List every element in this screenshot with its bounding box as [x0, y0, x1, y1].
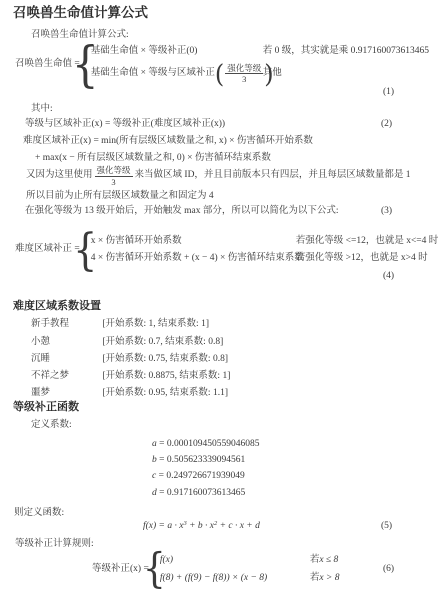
fraction-denominator: 3	[225, 73, 263, 84]
equation-2: 等级与区域补正(x) = 等级补正(难度区域补正(x))	[25, 119, 225, 130]
difficulty-name: 沉睡	[31, 354, 100, 365]
eq1-case1-expr: 基础生命值 × 等级补正(0)	[91, 46, 263, 57]
eq6-case-2: f(8) + (f(9) − f(8)) × (x − 8) 若 x > 8	[160, 570, 340, 588]
equation-5: f(x) = a · x3 + b · x2 + c · x + d	[143, 521, 260, 532]
rule-label: 等级补正计算规则:	[15, 539, 94, 550]
eq6-case1-cond-expr: x ≤ 8	[319, 555, 338, 566]
eq4-case1-condition: 若强化等级 <=12，也就是 x<=4 时	[296, 236, 439, 247]
because-suffix: 来当做区域 ID，并且目前版本只有四层，并且每层区域数量都是 1	[135, 170, 411, 181]
coefficient-c: c = 0.249726671939049	[152, 471, 245, 482]
difficulty-value: [开始系数: 0.8875, 结束系数: 1]	[102, 371, 230, 381]
inline-fraction-numerator: 强化等级	[95, 165, 133, 175]
eq6-case1-cond-prefix: 若	[310, 555, 320, 566]
difficulty-max-line: + max(x − 所有层级区域数量之和, 0) × 伤害循环结束系数	[35, 153, 271, 164]
eq6-cases: f(x) 若 x ≤ 8 f(8) + (f(9) − f(8)) × (x −…	[160, 552, 340, 588]
eq6-case-1: f(x) 若 x ≤ 8	[160, 552, 340, 570]
coefficient-a: a = 0.000109450559046085	[152, 439, 259, 450]
difficulty-name: 噩梦	[31, 388, 100, 399]
difficulty-name: 不祥之梦	[31, 371, 100, 382]
difficulty-row: 小憩 [开始系数: 0.7, 结束系数: 0.8]	[31, 337, 223, 348]
eq1-case-1: 基础生命值 × 等级补正(0) 若 0 级，其实就是乘 0.9171600736…	[91, 43, 429, 60]
eq5-part3: + c · x + d	[217, 521, 260, 531]
page-title: 召唤兽生命值计算公式	[13, 5, 148, 21]
eq1-number: (1)	[383, 87, 394, 98]
difficulty-value: [开始系数: 0.95, 结束系数: 1.1]	[102, 388, 228, 398]
difficulty-name: 新手教程	[31, 319, 100, 330]
difficulty-row: 新手教程 [开始系数: 1, 结束系数: 1]	[31, 319, 209, 330]
because-line: 又因为这里使用 强化等级 3 来当做区域 ID，并且目前版本只有四层，并且每层区…	[26, 164, 411, 188]
equation-4: 难度区域补正 = { x × 伤害循环开始系数 若强化等级 <=12，也就是 x…	[15, 231, 438, 269]
because-prefix: 又因为这里使用	[26, 170, 93, 181]
document-page: 召唤兽生命值计算公式 召唤兽生命值计算公式: 召唤兽生命值 = { 基础生命值 …	[0, 0, 442, 600]
eq5-part2: + b · x	[187, 521, 214, 531]
difficulty-value: [开始系数: 1, 结束系数: 1]	[102, 319, 209, 329]
eq4-case-2: 4 × 伤害循环开始系数 + (x − 4) × 伤害循环结束系数 若强化等级 …	[91, 250, 439, 267]
fraction-numerator: 强化等级	[225, 63, 263, 73]
difficulty-name: 小憩	[31, 337, 100, 348]
eq6-lhs: 等级补正(x) =	[92, 564, 149, 575]
eq4-lhs: 难度区域补正 =	[15, 244, 80, 255]
eq5-number: (5)	[381, 521, 392, 532]
eq2-number: (2)	[381, 119, 392, 130]
eq1-case2-prefix: 基础生命值 × 等级与区域补正	[91, 68, 215, 79]
eq5-exponent-2: 2	[214, 520, 217, 527]
difficulty-row: 不祥之梦 [开始系数: 0.8875, 结束系数: 1]	[31, 371, 230, 382]
difficulty-row: 沉睡 [开始系数: 0.75, 结束系数: 0.8]	[31, 354, 228, 365]
define-func-label: 则定义函数:	[14, 508, 64, 519]
simplify-line: 在强化等级为 13 级开始后，开始触发 max 部分，所以可以简化为以下公式:	[25, 206, 339, 217]
eq4-case2-expr: 4 × 伤害循环开始系数 + (x − 4) × 伤害循环结束系数	[91, 253, 296, 264]
eq5-part1: f(x) = a · x	[143, 521, 183, 531]
inline-fraction: 强化等级 3	[95, 165, 133, 186]
eq6-case1-expr: f(x)	[160, 555, 310, 566]
right-paren-icon: )	[264, 61, 273, 86]
eq4-number: (4)	[383, 271, 394, 282]
equation-6: 等级补正(x) = { f(x) 若 x ≤ 8 f(8) + (f(9) − …	[92, 551, 339, 589]
difficulty-row: 噩梦 [开始系数: 0.95, 结束系数: 1.1]	[31, 388, 228, 399]
difficulty-section-heading: 难度区域系数设置	[13, 300, 101, 313]
define-coeffs-label: 定义系数:	[31, 420, 72, 431]
equation-1: 召唤兽生命值 = { 基础生命值 × 等级补正(0) 若 0 级，其实就是乘 0…	[15, 43, 429, 87]
eq3-number: (3)	[381, 206, 392, 217]
eq6-case2-cond-prefix: 若	[310, 573, 320, 584]
eq1-case1-condition: 若 0 级，其实就是乘 0.917160073613465	[263, 46, 429, 57]
left-paren-icon: (	[215, 61, 224, 86]
eq1-case-2: 基础生命值 × 等级与区域补正 ( 强化等级 3 ) 其他	[91, 60, 429, 87]
coefficient-b: b = 0.505623339094561	[152, 455, 245, 466]
inline-fraction-denominator: 3	[95, 176, 133, 187]
so-line: 所以目前为止所有层级区域数量之和固定为 4	[26, 191, 214, 202]
eq4-case2-condition: 若强化等级 >12，也就是 x>4 时	[296, 253, 428, 264]
eq1-cases: 基础生命值 × 等级补正(0) 若 0 级，其实就是乘 0.9171600736…	[91, 43, 429, 87]
eq1-case2-expr: 基础生命值 × 等级与区域补正 ( 强化等级 3 )	[91, 62, 263, 86]
difficulty-min-line: 难度区域补正(x) = min(所有层级区域数量之和, x) × 伤害循环开始系…	[23, 136, 313, 147]
eq6-case2-cond-expr: x > 8	[319, 573, 339, 584]
strengthen-level-fraction: 强化等级 3	[225, 63, 263, 84]
difficulty-value: [开始系数: 0.7, 结束系数: 0.8]	[102, 337, 223, 347]
eq6-case2-expr: f(8) + (f(9) − f(8)) × (x − 8)	[160, 573, 310, 584]
level-section-heading: 等级补正函数	[13, 401, 79, 414]
coefficient-d: d = 0.917160073613465	[152, 488, 245, 499]
eq4-cases: x × 伤害循环开始系数 若强化等级 <=12，也就是 x<=4 时 4 × 伤…	[91, 233, 439, 267]
eq4-case-1: x × 伤害循环开始系数 若强化等级 <=12，也就是 x<=4 时	[91, 233, 439, 250]
among-label: 其中:	[31, 104, 53, 115]
difficulty-value: [开始系数: 0.75, 结束系数: 0.8]	[102, 354, 228, 364]
eq5-exponent-3: 3	[183, 520, 186, 527]
eq6-number: (6)	[383, 564, 394, 575]
eq4-case1-expr: x × 伤害循环开始系数	[91, 236, 296, 247]
eq1-lhs: 召唤兽生命值 =	[15, 59, 80, 70]
